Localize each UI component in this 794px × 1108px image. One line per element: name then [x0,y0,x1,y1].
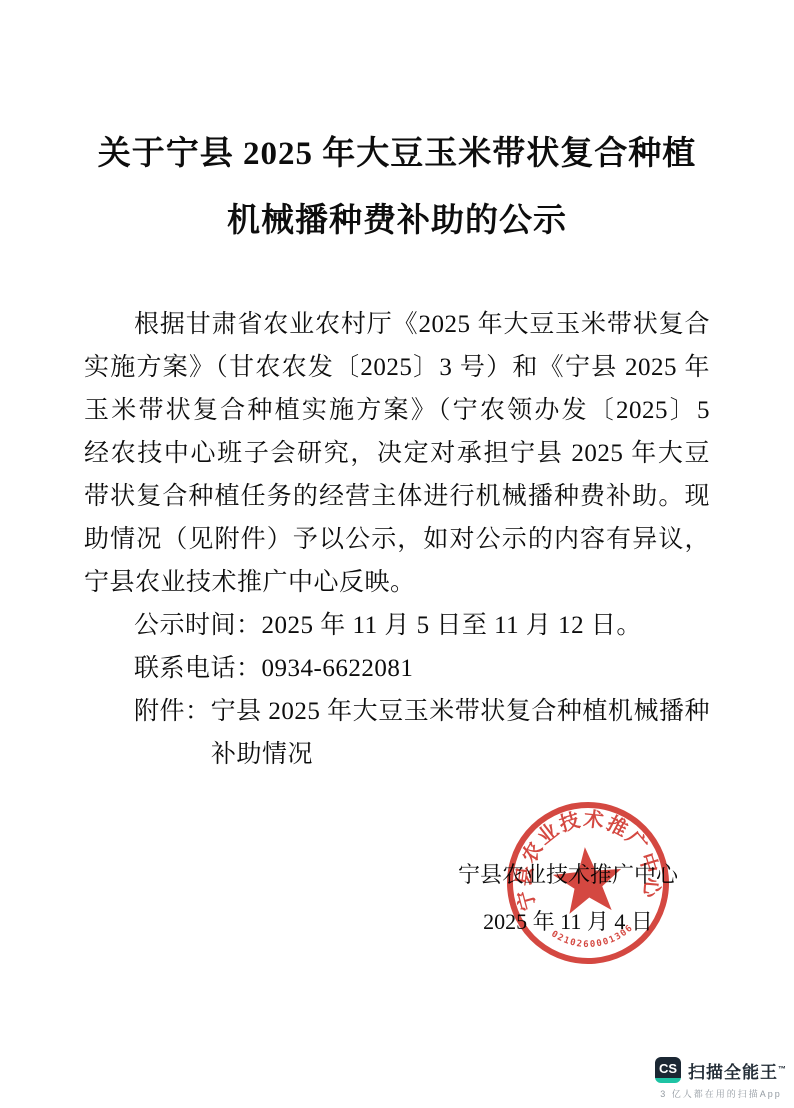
official-seal: 宁县农业技术推广中心 0210260001306 [496,791,680,975]
body-line: 助情况（见附件）予以公示，如对公示的内容有异议，请向 [84,518,710,561]
seal-star-icon [551,844,625,915]
title-line-2: 机械播种费补助的公示 [0,188,794,255]
watermark-tagline: 3 亿人都在用的扫描App [655,1087,787,1100]
body-line: 经农技中心班子会研究，决定对承担宁县 2025 年大豆玉米 [84,432,710,475]
body-line: 根据甘肃省农业农村厅《2025 年大豆玉米带状复合种植 [84,303,710,346]
svg-text:0210260001306: 0210260001306 [549,922,637,953]
scanner-watermark: CS 扫描全能王™ 3 亿人都在用的扫描App [655,1057,787,1100]
contact-phone: 联系电话：0934-6622081 [84,647,710,690]
body-line: 带状复合种植任务的经营主体进行机械播种费补助。现将补 [84,475,710,518]
publicity-period: 公示时间：2025 年 11 月 5 日至 11 月 12 日。 [84,604,710,647]
body-line: 实施方案》（甘农农发〔2025〕3 号）和《宁县 2025 年大豆 [84,346,710,389]
document-body: 根据甘肃省农业农村厅《2025 年大豆玉米带状复合种植 实施方案》（甘农农发〔2… [84,303,710,776]
attachment-line-2: 补助情况 [84,733,710,776]
watermark-app-name: 扫描全能王™ [688,1058,787,1083]
attachment-line-1: 附件：宁县 2025 年大豆玉米带状复合种植机械播种费 [84,690,710,733]
title-line-1: 关于宁县 2025 年大豆玉米带状复合种植 [0,121,794,188]
body-line: 玉米带状复合种植实施方案》（宁农领办发〔2025〕5 号）， [84,389,710,432]
trademark-symbol: ™ [778,1064,787,1073]
camscanner-logo-icon: CS [655,1057,681,1083]
camscanner-logo-text: CS [659,1062,677,1075]
seal-code: 0210260001306 [549,922,637,953]
document-page: 关于宁县 2025 年大豆玉米带状复合种植 机械播种费补助的公示 根据甘肃省农业… [0,0,794,1108]
body-line: 宁县农业技术推广中心反映。 [84,561,710,604]
document-title: 关于宁县 2025 年大豆玉米带状复合种植 机械播种费补助的公示 [0,121,794,255]
watermark-app-name-text: 扫描全能王 [688,1063,778,1082]
